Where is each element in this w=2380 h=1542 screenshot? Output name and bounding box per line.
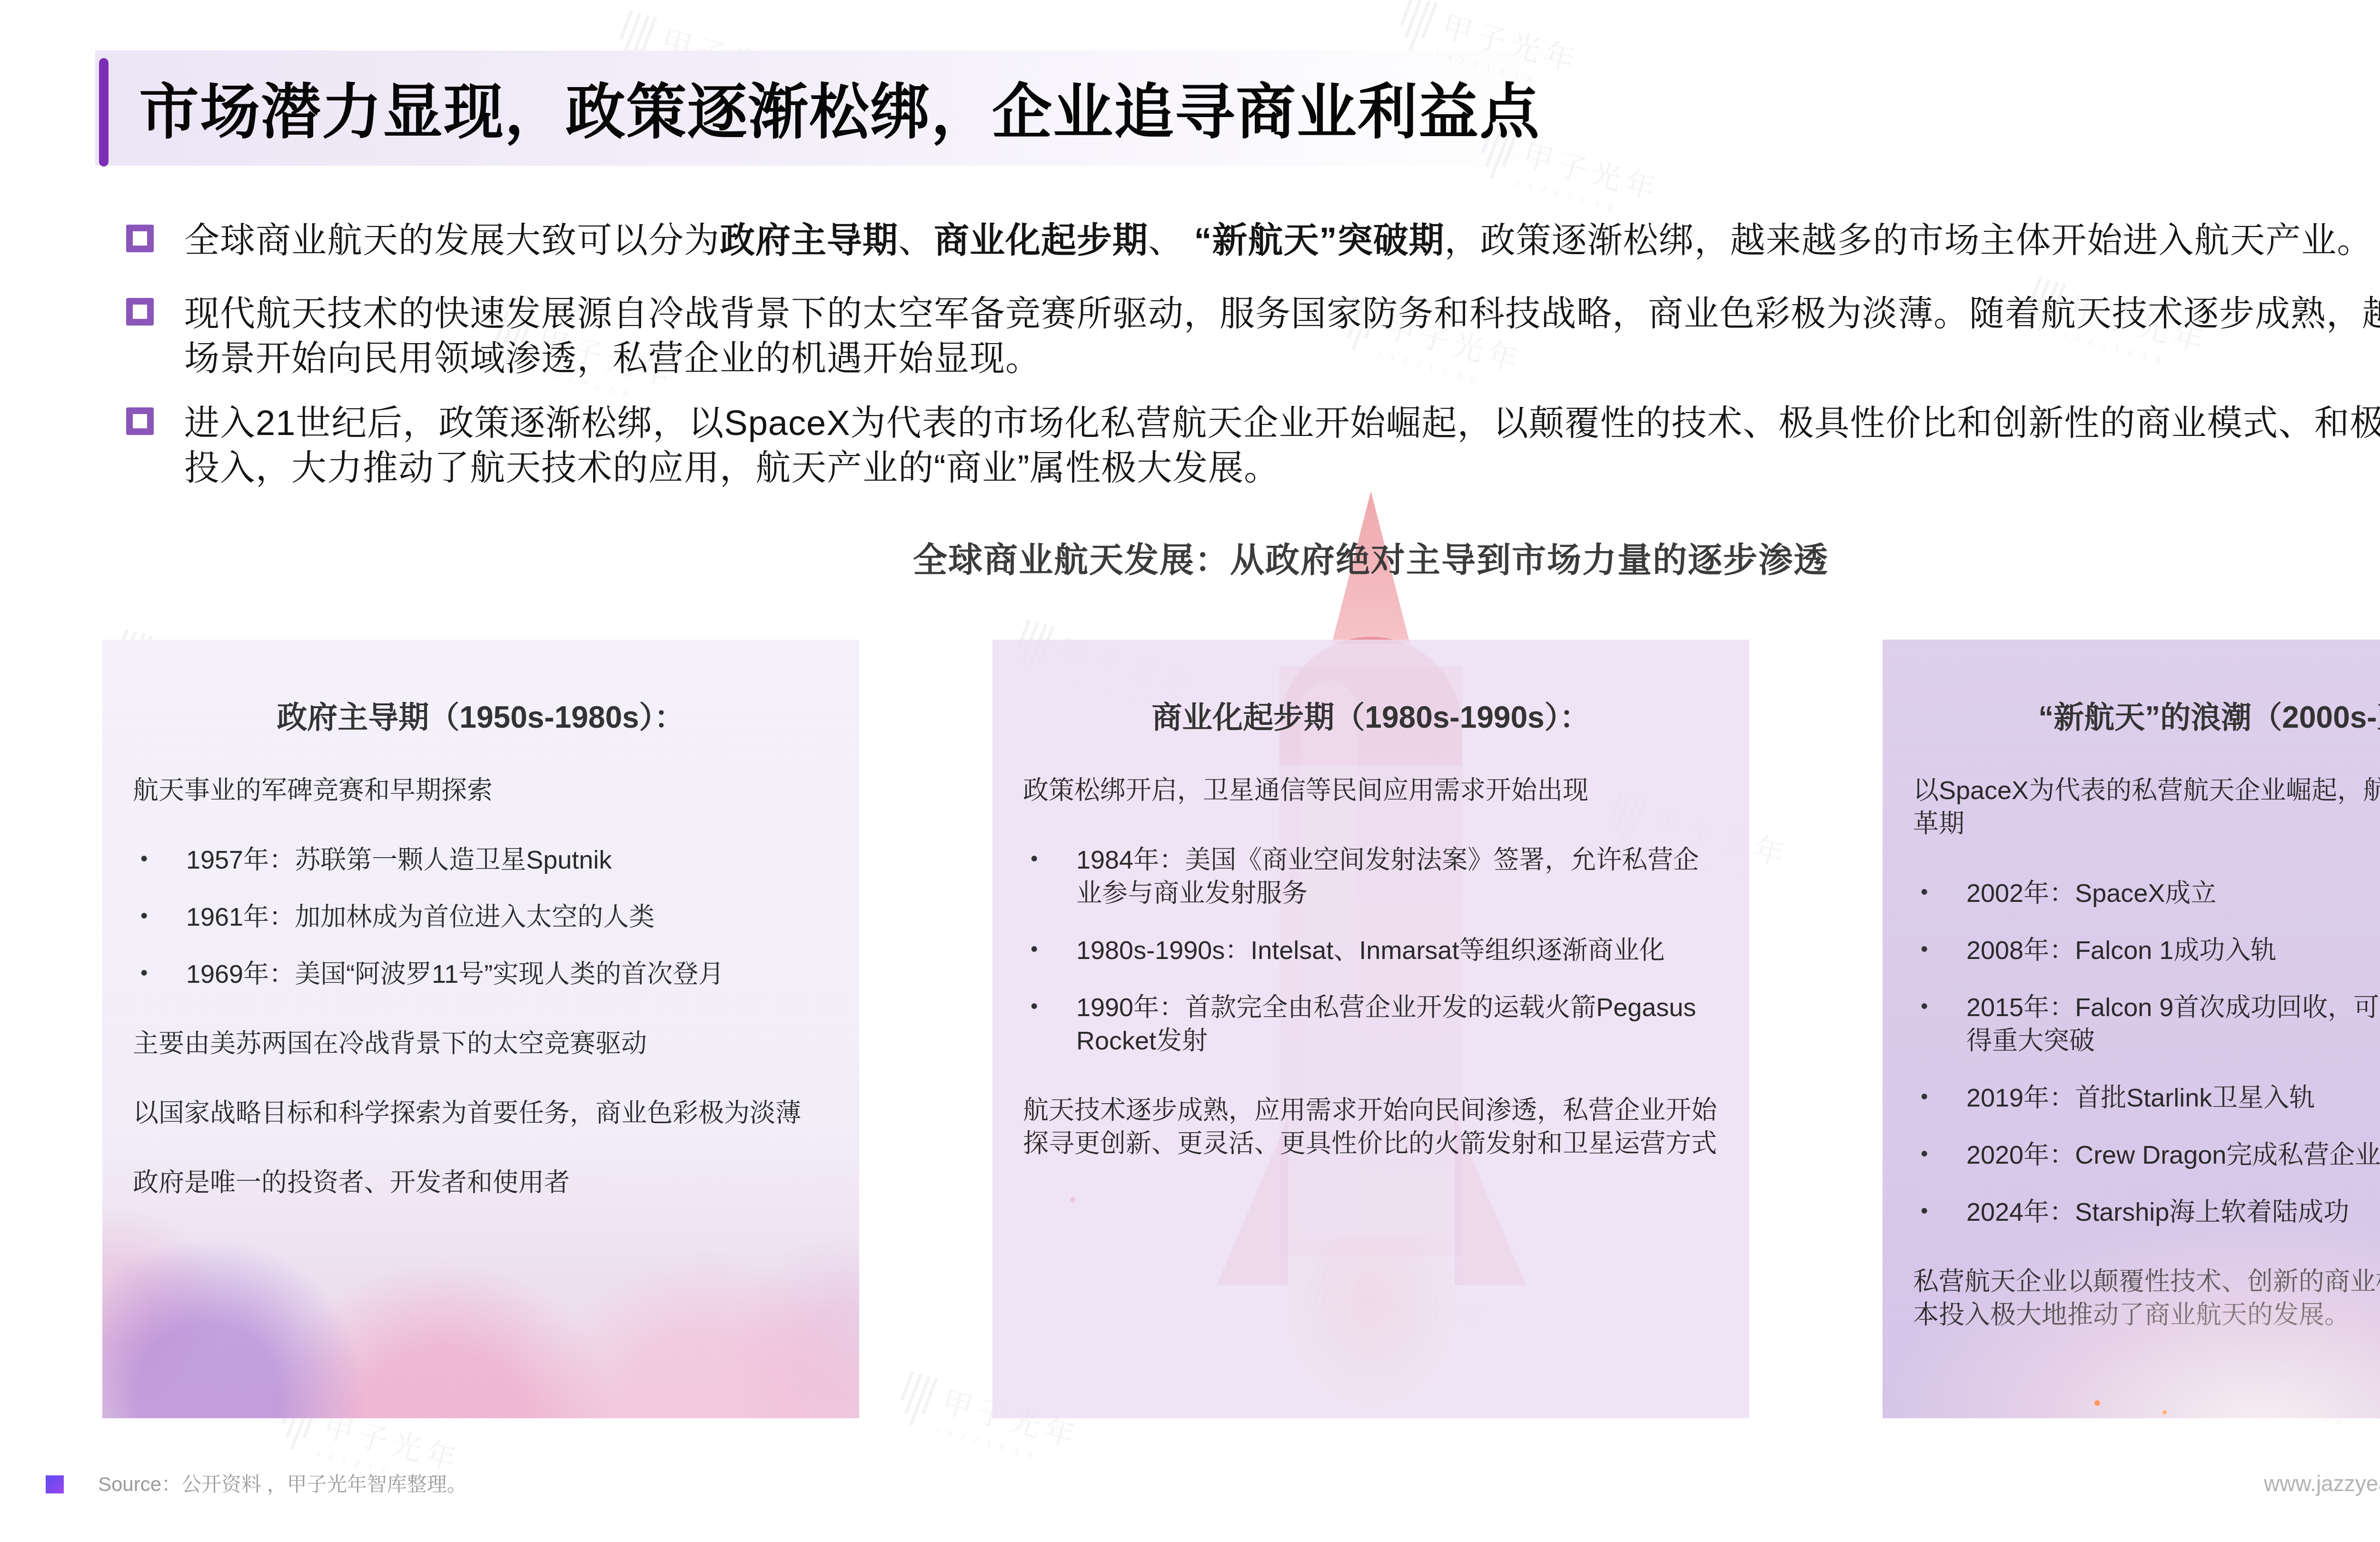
key-point-row: 现代航天技术的快速发展源自冷战背景下的太空军备竞赛所驱动，服务国家防务和科技战略… [126,291,2380,381]
phase-card-intro: 以SpaceX为代表的私营航天企业崛起，航天产业进入深刻变革期 [1913,774,2380,840]
milestone-item: 2024年：Starship海上软着陆成功 [1913,1196,2380,1229]
milestone-item: 2015年：Falcon 9首次成功回收，可重复使用火箭技术取得重大突破 [1913,991,2380,1058]
milestone-item: 2008年：Falcon 1成功入轨 [1913,934,2380,967]
milestone-item: 1980s-1990s：Intelsat、Inmarsat等组织逐渐商业化 [1023,934,1722,967]
phase-card-note: 私营航天企业以颠覆性技术、创新的商业模式和雄厚的私人资本投入极大地推动了商业航天… [1913,1265,2380,1332]
milestone-item: 2002年：SpaceX成立 [1913,877,2380,910]
milestone-item: 2019年：首批Starlink卫星入轨 [1913,1081,2380,1115]
phase-card-header: 商业化起步期（1980s-1990s）： [1011,693,1730,737]
section-title: 全球商业航天发展：从政府绝对主导到市场力量的逐步渗透 [0,532,2380,582]
title-accent-bar [99,58,109,167]
page-title: 市场潜力显现，政策逐渐松绑，企业追寻商业利益点 [139,75,1540,149]
milestone-list: 1984年：美国《商业空间发射法案》签署，允许私营企业参与商业发射服务1980s… [1023,843,1722,1058]
milestone-item: 1984年：美国《商业空间发射法案》签署，允许私营企业参与商业发射服务 [1023,843,1722,910]
milestone-item: 1961年：加加林成为首位进入太空的人类 [133,900,832,934]
phase-card-header: “新航天”的浪潮（2000s-至今）： [1902,693,2380,737]
phase-card-body: 以SpaceX为代表的私营航天企业崛起，航天产业进入深刻变革期2002年：Spa… [1883,774,2380,1332]
phase-card-header: 政府主导期（1950s-1980s）： [121,693,840,737]
key-point-text: 现代航天技术的快速发展源自冷战背景下的太空军备竞赛所驱动，服务国家防务和科技战略… [184,291,2380,381]
square-bullet-icon [126,225,154,252]
footer-accent-square [46,1475,64,1493]
watermark-bars-icon [1396,0,1436,53]
key-point-row: 全球商业航天的发展大致可以分为政府主导期、商业化起步期、 “新航天”突破期，政策… [126,218,2380,263]
slide: 甲子光年JAZZYEAR甲子光年JAZZYEAR甲子光年JAZZYEAR甲子光年… [0,0,2380,1542]
phase-card-1: 政府主导期（1950s-1980s）：航天事业的军碑竞赛和早期探索1957年：苏… [102,640,859,1418]
milestone-item: 1969年：美国“阿波罗11号”实现人类的首次登月 [133,958,832,991]
website-url: www.jazzyear.com [2264,1471,2380,1496]
phase-card-body: 航天事业的军碑竞赛和早期探索1957年：苏联第一颗人造卫星Sputnik1961… [102,774,859,1199]
key-point-text: 进入21世纪后，政策逐渐松绑，以SpaceX为代表的市场化私营航天企业开始崛起，… [184,401,2380,490]
square-bullet-icon [126,407,154,435]
phase-card-note: 政府是唯一的投资者、开发者和使用者 [133,1166,832,1199]
milestone-item: 2020年：Crew Dragon完成私营企业载人航天任务 [1913,1138,2380,1172]
phase-card-note: 航天技术逐步成熟，应用需求开始向民间渗透，私营企业开始探寻更创新、更灵活、更具性… [1023,1094,1722,1160]
square-bullet-icon [126,298,154,326]
key-point-text: 全球商业航天的发展大致可以分为政府主导期、商业化起步期、 “新航天”突破期，政策… [184,218,2373,263]
phase-card-2: 商业化起步期（1980s-1990s）：政策松绑开启，卫星通信等民间应用需求开始… [992,640,1749,1418]
phase-card-intro: 政策松绑开启，卫星通信等民间应用需求开始出现 [1023,774,1722,807]
timeline-cards: 政府主导期（1950s-1980s）：航天事业的军碑竞赛和早期探索1957年：苏… [102,640,2380,1418]
milestone-list: 1957年：苏联第一颗人造卫星Sputnik1961年：加加林成为首位进入太空的… [133,843,832,991]
milestone-item: 1990年：首款完全由私营企业开发的运载火箭Pegasus Rocket发射 [1023,991,1722,1058]
key-point-row: 进入21世纪后，政策逐渐松绑，以SpaceX为代表的市场化私营航天企业开始崛起，… [126,401,2380,490]
phase-card-body: 政策松绑开启，卫星通信等民间应用需求开始出现1984年：美国《商业空间发射法案》… [992,774,1749,1160]
phase-card-note: 以国家战略目标和科学探索为首要任务，商业色彩极为淡薄 [133,1097,832,1130]
milestone-list: 2002年：SpaceX成立2008年：Falcon 1成功入轨2015年：Fa… [1913,877,2380,1229]
phase-card-note: 主要由美苏两国在冷战背景下的太空竞赛驱动 [133,1027,832,1060]
source-note: Source：公开资料 ，甲子光年智库整理。 [98,1472,467,1497]
phase-card-3: “新航天”的浪潮（2000s-至今）：以SpaceX为代表的私营航天企业崛起，航… [1883,640,2380,1418]
milestone-item: 1957年：苏联第一颗人造卫星Sputnik [133,843,832,877]
phase-card-intro: 航天事业的军碑竞赛和早期探索 [133,774,832,807]
